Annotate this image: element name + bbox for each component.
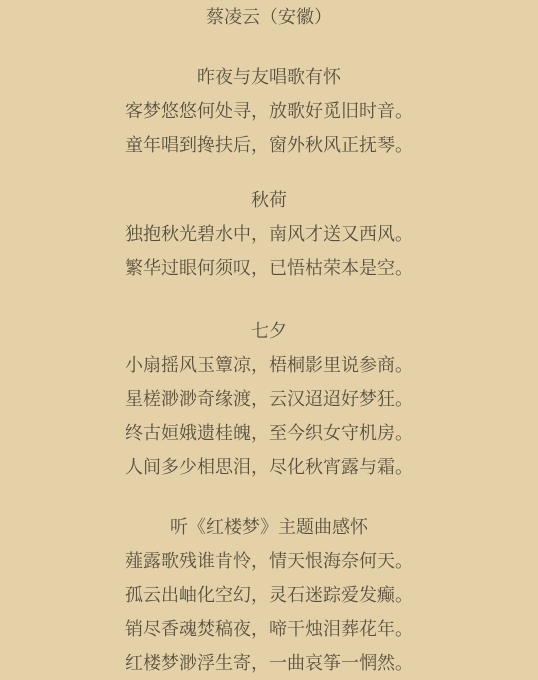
poem-line: 小扇摇风玉簟凉，梧桐影里说参商。	[0, 349, 538, 383]
poem-line: 人间多少相思泪，尽化秋宵露与霜。	[0, 451, 538, 485]
poem-title: 秋荷	[0, 184, 538, 218]
poem-line: 客梦悠悠何处寻，放歌好觅旧时音。	[0, 95, 538, 129]
poem-line: 独抱秋光碧水中，南风才送又西风。	[0, 218, 538, 252]
poem-line: 星槎渺渺奇缘渡，云汉迢迢好梦狂。	[0, 383, 538, 417]
poem-autumn-lotus: 秋荷 独抱秋光碧水中，南风才送又西风。 繁华过眼何须叹，已悟枯荣本是空。	[0, 184, 538, 286]
poem-line: 孤云出岫化空幻，灵石迷踪爱发癫。	[0, 579, 538, 613]
poetry-page: 蔡凌云（安徽） 昨夜与友唱歌有怀 客梦悠悠何处寻，放歌好觅旧时音。 童年唱到搀扶…	[0, 0, 538, 680]
poem-title: 七夕	[0, 315, 538, 349]
poem-qixi: 七夕 小扇摇风玉簟凉，梧桐影里说参商。 星槎渺渺奇缘渡，云汉迢迢好梦狂。 终古姮…	[0, 315, 538, 485]
poem-title: 昨夜与友唱歌有怀	[0, 61, 538, 95]
poem-line: 销尽香魂焚稿夜，啼干烛泪葬花年。	[0, 613, 538, 647]
poem-line: 薤露歌残谁肯怜，情天恨海奈何天。	[0, 545, 538, 579]
poem-title: 听《红楼梦》主题曲感怀	[0, 511, 538, 545]
poem-red-chamber-theme: 听《红楼梦》主题曲感怀 薤露歌残谁肯怜，情天恨海奈何天。 孤云出岫化空幻，灵石迷…	[0, 511, 538, 680]
author-heading: 蔡凌云（安徽）	[0, 1, 538, 35]
poem-last-night-singing: 昨夜与友唱歌有怀 客梦悠悠何处寻，放歌好觅旧时音。 童年唱到搀扶后，窗外秋风正抚…	[0, 61, 538, 163]
poem-line: 繁华过眼何须叹，已悟枯荣本是空。	[0, 252, 538, 286]
poem-line: 红楼梦渺浮生寄，一曲哀筝一惘然。	[0, 647, 538, 680]
poem-line: 童年唱到搀扶后，窗外秋风正抚琴。	[0, 129, 538, 163]
poem-line: 终古姮娥遗桂魄，至今织女守机房。	[0, 417, 538, 451]
